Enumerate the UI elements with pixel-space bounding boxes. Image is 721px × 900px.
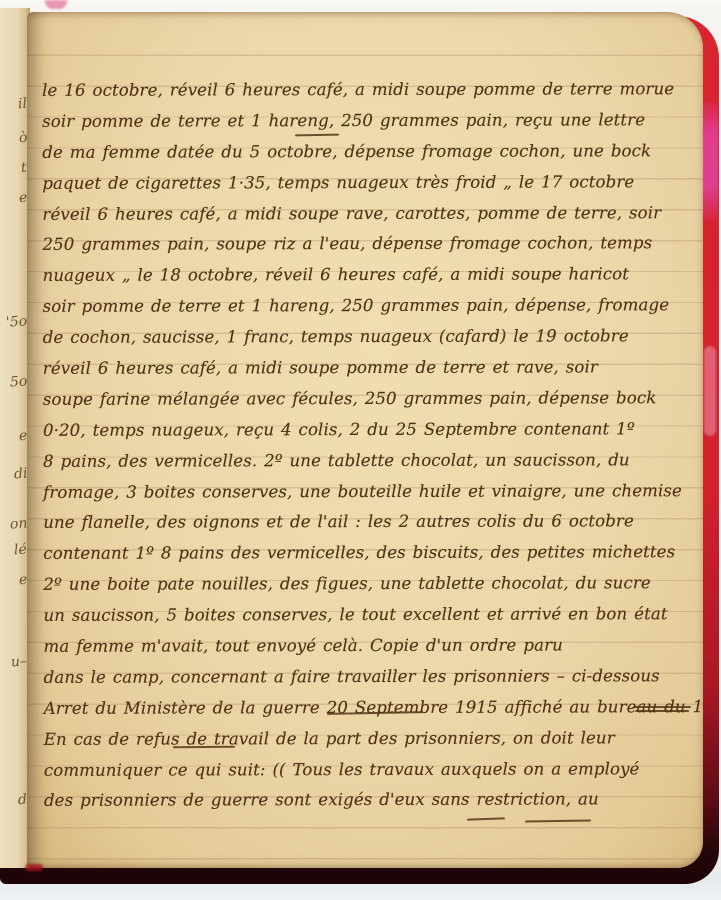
margin-fragment: di (13, 466, 28, 483)
cover-pink-patch-lower (704, 346, 716, 436)
manuscript-line-13: 8 pains, des vermicelles. 2º une tablett… (43, 445, 695, 478)
facing-page-edge: il ò t e '5o 5o e di on lé e u– d (0, 8, 30, 868)
handwritten-text: le 16 octobre, réveil 6 heures café, a m… (42, 74, 696, 817)
manuscript-line-8: soir pomme de terre et 1 hareng, 250 gra… (43, 290, 695, 323)
manuscript-line-7: nuageux „ le 18 octobre, réveil 6 heures… (43, 259, 695, 292)
manuscript-line-15: une flanelle, des oignons et de l'ail : … (43, 507, 695, 540)
manuscript-line-10: réveil 6 heures café, a midi soupe pomme… (43, 352, 695, 385)
manuscript-line-9: de cochon, saucisse, 1 franc, temps nuag… (43, 321, 695, 354)
underline-mark-restriction (525, 819, 591, 822)
manuscript-line-11: soupe farine mélangée avec fécules, 250 … (43, 383, 695, 416)
manuscript-line-19: ma femme m'avait, tout envoyé celà. Copi… (43, 630, 695, 663)
underline-mark-sans (467, 817, 505, 820)
manuscript-line-5: réveil 6 heures café, a midi soupe rave,… (42, 198, 694, 231)
pink-ink-smudge-top (45, 0, 67, 9)
manuscript-line-1: le 16 octobre, réveil 6 heures café, a m… (42, 74, 694, 107)
manuscript-line-6: 250 grammes pain, soupe riz a l'eau, dép… (42, 229, 694, 262)
manuscript-line-24: des prisonniers de guerre sont exigés d'… (44, 785, 696, 818)
manuscript-line-14: fromage, 3 boites conserves, une bouteil… (43, 476, 695, 509)
margin-fragment: '5o (5, 313, 27, 330)
margin-fragment: lé (14, 542, 28, 559)
manuscript-line-21: Arret du Ministère de la guerre 20 Septe… (44, 692, 696, 725)
margin-fragment: on (9, 515, 28, 532)
manuscript-line-12: 0·20, temps nuageux, reçu 4 colis, 2 du … (43, 414, 695, 447)
manuscript-line-18: un saucisson, 5 boites conserves, le tou… (43, 599, 695, 632)
notebook-page: le 16 octobre, réveil 6 heures café, a m… (27, 12, 703, 868)
red-ink-smudge-bottom (25, 864, 43, 871)
scanned-notebook: il ò t e '5o 5o e di on lé e u– d le 16 … (0, 0, 721, 900)
manuscript-line-17: 2º une boite pate nouilles, des figues, … (43, 568, 695, 601)
manuscript-line-22: En cas de refus de travail de la part de… (44, 723, 696, 756)
manuscript-line-23: communiquer ce qui suit: (( Tous les tra… (44, 754, 696, 787)
underline-mark-bataillon-1 (633, 706, 691, 708)
manuscript-line-3: de ma femme datée du 5 octobre, dépense … (42, 136, 694, 169)
manuscript-line-20: dans le camp, concernant a faire travail… (44, 661, 696, 694)
underline-mark-bataillon-2 (635, 710, 689, 712)
margin-fragment: u– (10, 653, 27, 670)
manuscript-line-2: soir pomme de terre et 1 hareng, 250 gra… (42, 105, 694, 138)
cover-pink-patch (701, 102, 718, 220)
manuscript-line-16: contenant 1º 8 pains des vermicelles, de… (43, 538, 695, 571)
margin-fragment: 5o (9, 373, 27, 390)
manuscript-line-4: paquet de cigarettes 1·35, temps nuageux… (42, 167, 694, 200)
